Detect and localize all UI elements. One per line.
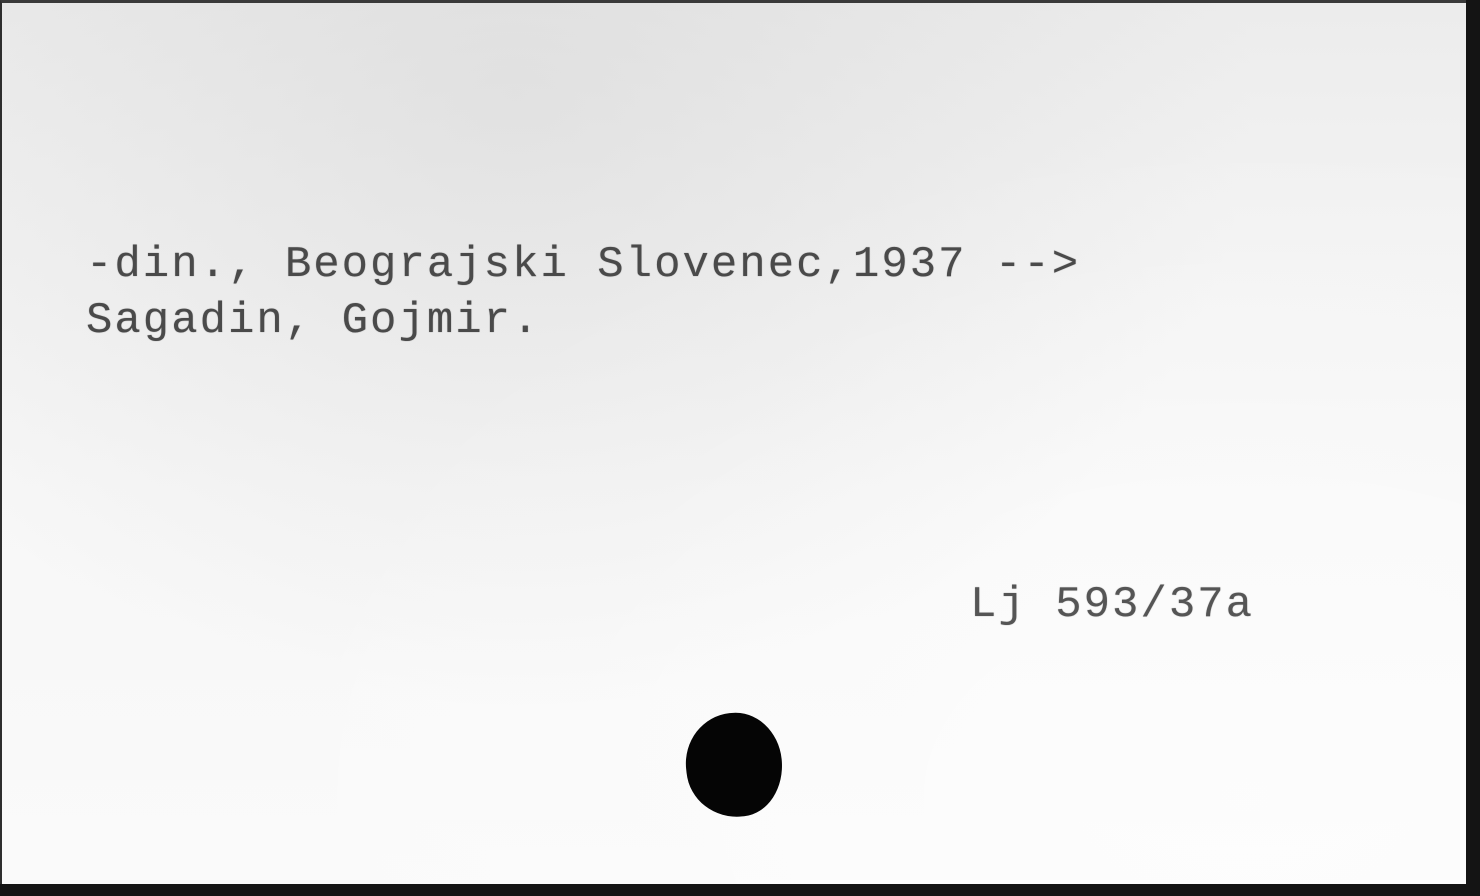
- entry-line-1: -din., Beograjski Slovenec,1937 -->: [86, 243, 1080, 287]
- card-right-edge-shadow: [1466, 0, 1480, 896]
- card-bottom-edge-shadow: [0, 884, 1480, 896]
- filing-hole-icon: [681, 708, 787, 821]
- shelfmark: Lj 593/37a: [970, 581, 1254, 629]
- catalog-card: -din., Beograjski Slovenec,1937 --> Saga…: [0, 0, 1466, 884]
- entry-line-2-author: Sagadin, Gojmir.: [86, 299, 540, 343]
